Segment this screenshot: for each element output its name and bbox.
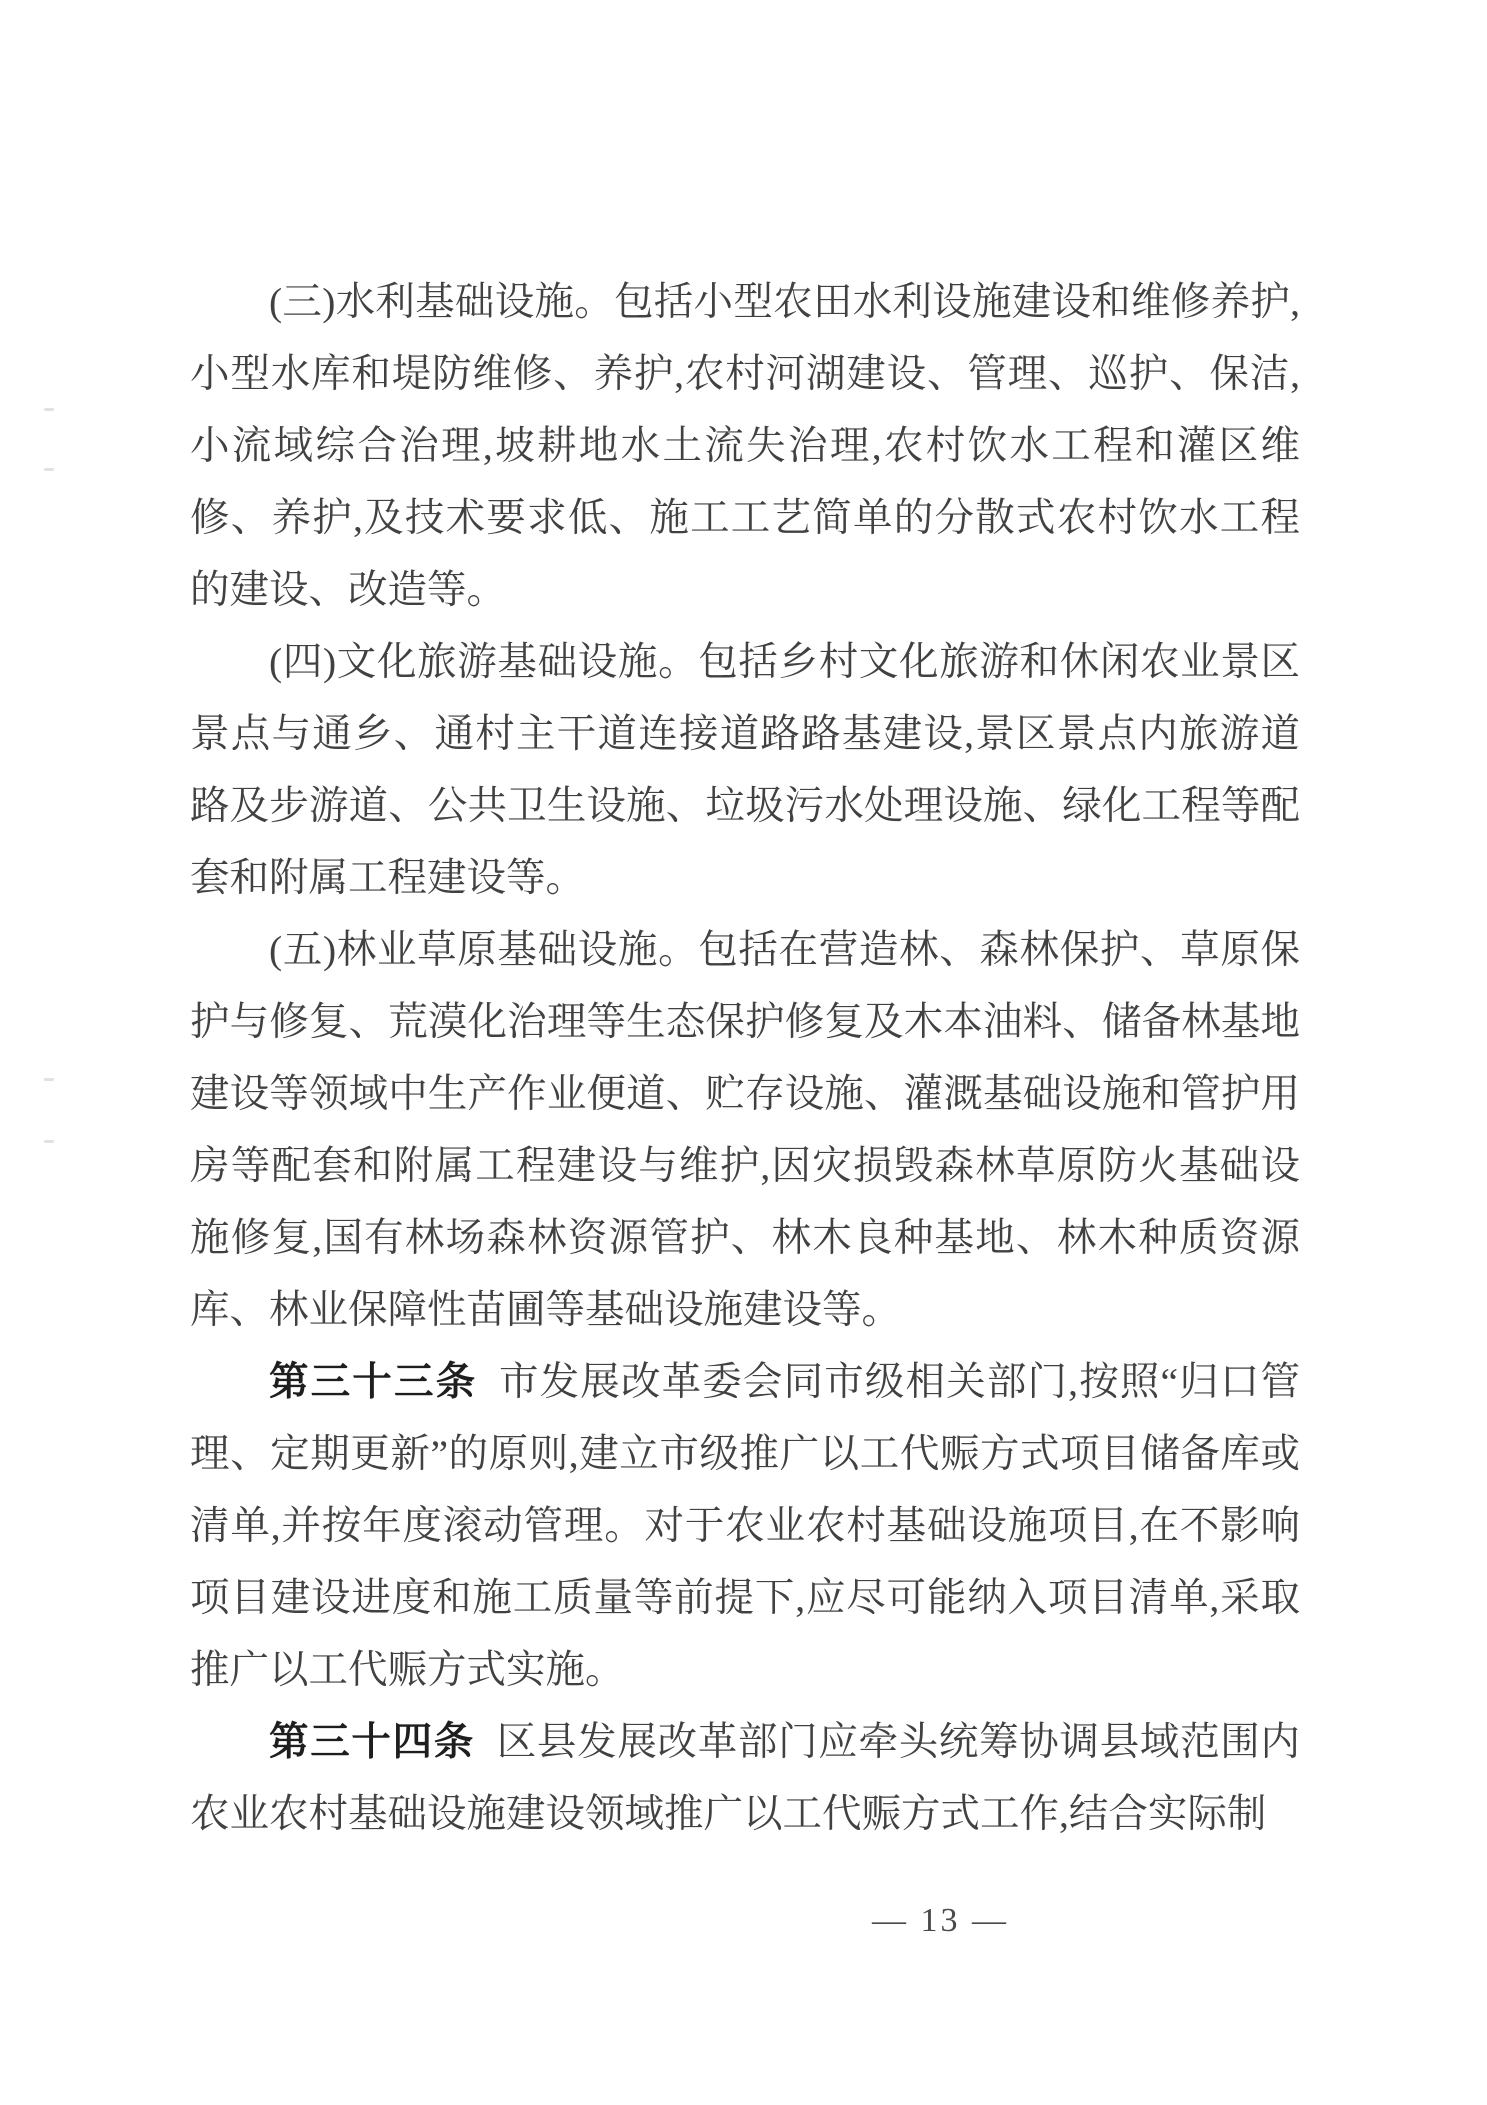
paragraph-text: 市发展改革委会同市级相关部门,按照“归口管理、定期更新”的原则,建立市级推广以工… <box>190 1360 1300 1692</box>
document-page: (三)水利基础设施。包括小型农田水利设施建设和维修养护,小型水库和堤防维修、养护… <box>0 0 1487 2105</box>
paragraph-text: (三)水利基础设施。包括小型农田水利设施建设和维修养护,小型水库和堤防维修、养护… <box>190 280 1300 612</box>
scan-artifact <box>44 468 54 471</box>
paragraph-text: (五)林业草原基础设施。包括在营造林、森林保护、草原保护与修复、荒漠化治理等生态… <box>190 928 1300 1332</box>
article-number: 第三十三条 <box>269 1360 477 1404</box>
scan-artifact <box>44 1078 54 1081</box>
article-number: 第三十四条 <box>269 1720 475 1764</box>
scan-artifact <box>44 1140 54 1143</box>
paragraph: 第三十三条市发展改革委会同市级相关部门,按照“归口管理、定期更新”的原则,建立市… <box>190 1346 1300 1706</box>
document-body: (三)水利基础设施。包括小型农田水利设施建设和维修养护,小型水库和堤防维修、养护… <box>190 266 1300 1850</box>
paragraph: (四)文化旅游基础设施。包括乡村文化旅游和休闲农业景区景点与通乡、通村主干道连接… <box>190 626 1300 914</box>
paragraph: (三)水利基础设施。包括小型农田水利设施建设和维修养护,小型水库和堤防维修、养护… <box>190 266 1300 626</box>
scan-artifact <box>44 408 54 411</box>
paragraph: 第三十四条区县发展改革部门应牵头统筹协调县域范围内农业农村基础设施建设领域推广以… <box>190 1706 1300 1850</box>
page-number: — 13 — <box>872 1902 1009 1940</box>
paragraph-text: (四)文化旅游基础设施。包括乡村文化旅游和休闲农业景区景点与通乡、通村主干道连接… <box>190 640 1300 900</box>
paragraph: (五)林业草原基础设施。包括在营造林、森林保护、草原保护与修复、荒漠化治理等生态… <box>190 914 1300 1346</box>
